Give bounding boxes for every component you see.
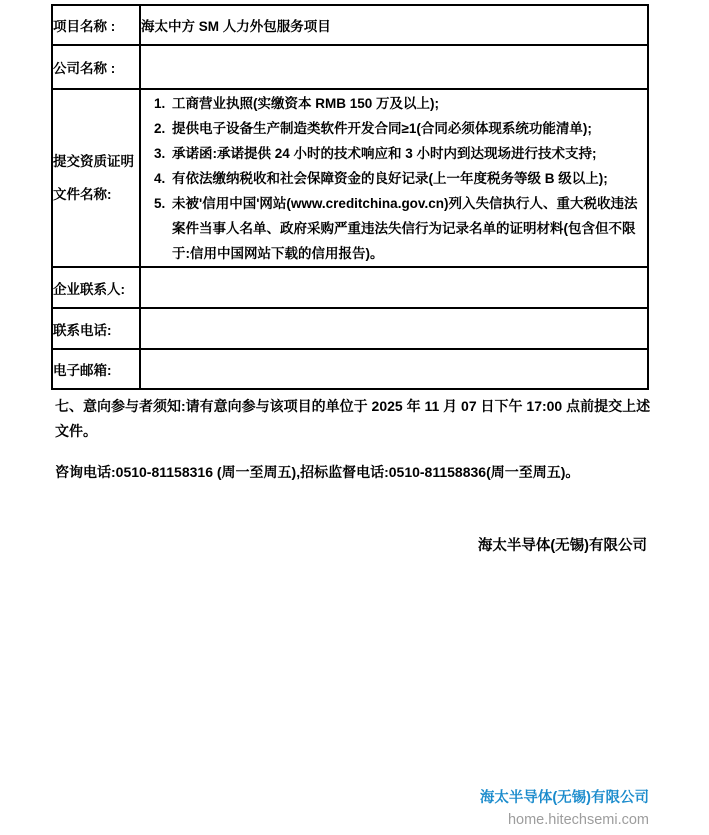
signature-company-name: 海太半导体(无锡)有限公司 bbox=[55, 534, 647, 555]
page-footer: 海太半导体(无锡)有限公司 home.hitechsemi.com bbox=[480, 789, 649, 829]
qualification-items-cell: 工商营业执照(实缴资本 RMB 150 万及以上); 提供电子设备生产制造类软件… bbox=[140, 89, 648, 267]
contact-phone-label: 联系电话: bbox=[52, 308, 140, 349]
list-item: 提供电子设备生产制造类软件开发合同≥1(合同必须体现系统功能清单); bbox=[169, 116, 647, 141]
table-row: 电子邮箱: bbox=[52, 349, 648, 389]
contact-person-value-cell bbox=[140, 267, 648, 308]
table-row: 提交资质证明 文件名称: 工商营业执照(实缴资本 RMB 150 万及以上); … bbox=[52, 89, 648, 267]
table-row: 公司名称 : bbox=[52, 45, 648, 89]
document-page: 项目名称 : 海太中方 SM 人力外包服务项目 公司名称 : 提交资质证明 文件… bbox=[0, 0, 709, 835]
footer-website-link[interactable]: home.hitechsemi.com bbox=[480, 811, 649, 829]
list-item: 未被'信用中国'网站(www.creditchina.gov.cn)列入失信执行… bbox=[169, 191, 647, 266]
project-name-label: 项目名称 : bbox=[52, 5, 140, 45]
qualification-label-line2: 文件名称: bbox=[53, 178, 139, 211]
contact-phone-value-cell bbox=[140, 308, 648, 349]
company-name-value-cell bbox=[140, 45, 648, 89]
notice-paragraph: 七、意向参与者须知:请有意向参与该项目的单位于 2025 年 11 月 07 日… bbox=[55, 394, 651, 444]
list-item: 工商营业执照(实缴资本 RMB 150 万及以上); bbox=[169, 91, 647, 116]
qualification-label: 提交资质证明 文件名称: bbox=[52, 89, 140, 267]
contact-person-label: 企业联系人: bbox=[52, 267, 140, 308]
table-row: 项目名称 : 海太中方 SM 人力外包服务项目 bbox=[52, 5, 648, 45]
footer-company-name: 海太半导体(无锡)有限公司 bbox=[480, 789, 649, 807]
phone-contact-line: 咨询电话:0510-81158316 (周一至周五),招标监督电话:0510-8… bbox=[55, 461, 655, 483]
email-value-cell bbox=[140, 349, 648, 389]
project-name-value: 海太中方 SM 人力外包服务项目 bbox=[140, 5, 648, 45]
qualification-list: 工商营业执照(实缴资本 RMB 150 万及以上); 提供电子设备生产制造类软件… bbox=[141, 91, 647, 266]
qualification-label-line1: 提交资质证明 bbox=[53, 145, 139, 178]
project-info-table: 项目名称 : 海太中方 SM 人力外包服务项目 公司名称 : 提交资质证明 文件… bbox=[51, 4, 649, 390]
list-item: 有依法缴纳税收和社会保障资金的良好记录(上一年度税务等级 B 级以上); bbox=[169, 166, 647, 191]
table-row: 联系电话: bbox=[52, 308, 648, 349]
list-item: 承诺函:承诺提供 24 小时的技术响应和 3 小时内到达现场进行技术支持; bbox=[169, 141, 647, 166]
table-row: 企业联系人: bbox=[52, 267, 648, 308]
email-label: 电子邮箱: bbox=[52, 349, 140, 389]
company-name-label: 公司名称 : bbox=[52, 45, 140, 89]
